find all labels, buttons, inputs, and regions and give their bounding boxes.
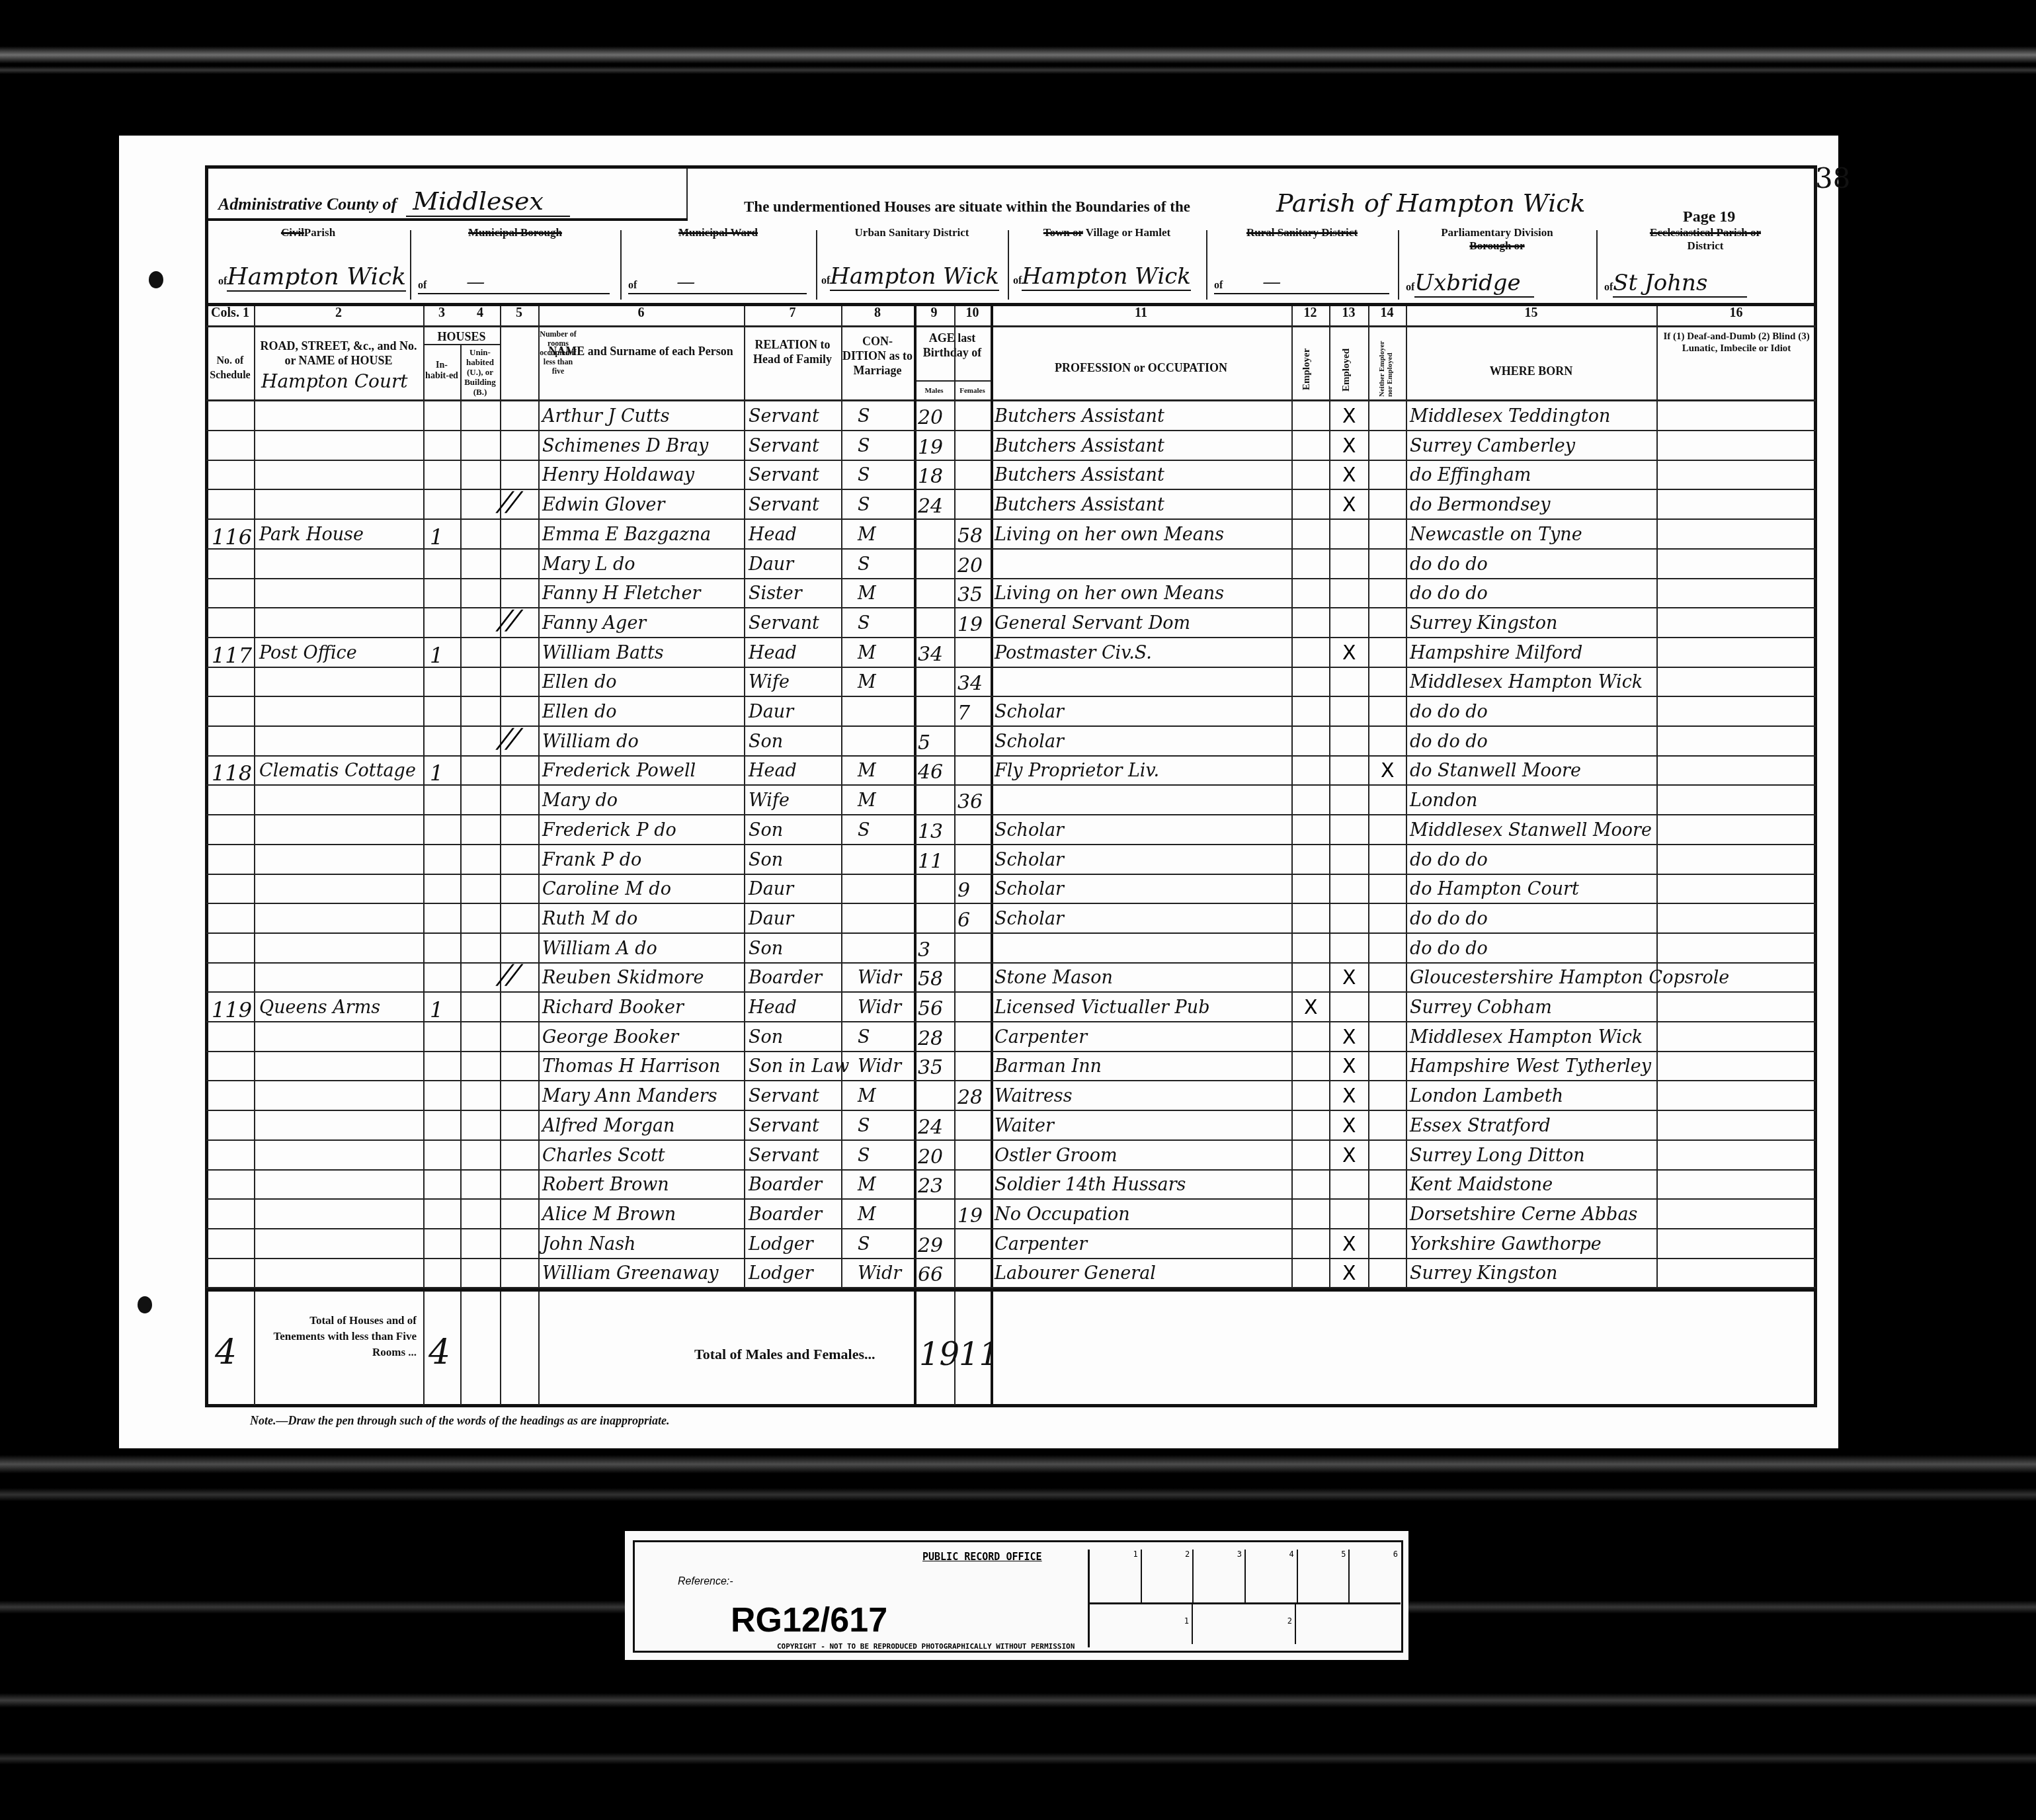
condition: M	[858, 1086, 876, 1106]
where-born: Surrey Cobham	[1410, 997, 1552, 1018]
district-row: CivilParish ofHampton Wick Municipal Bor…	[206, 224, 1816, 303]
age-male: 23	[918, 1175, 943, 1198]
of-label: of	[218, 276, 227, 287]
employer-mark: X	[1304, 996, 1318, 1019]
where-born: do do do	[1410, 909, 1488, 929]
person-name: Frederick Powell	[542, 761, 696, 781]
district-value: —	[1262, 271, 1281, 293]
employed-mark: X	[1342, 641, 1356, 665]
header-road: ROAD, STREET, &c., and No. or NAME of HO…	[259, 339, 418, 368]
person-name: John Nash	[542, 1234, 635, 1255]
occupation: No Occupation	[995, 1204, 1130, 1225]
table-row: // Reuben Skidmore Boarder Widr 58 Stone…	[206, 964, 1816, 993]
person-name: Fanny H Fletcher	[542, 583, 700, 604]
employed-mark: X	[1342, 1262, 1356, 1285]
house-name: Queens Arms	[259, 997, 380, 1018]
district-municipal-borough: Municipal Borough of—	[410, 224, 620, 303]
inhabited-count: 1	[430, 643, 443, 668]
row-rule	[206, 607, 1816, 608]
person-name: Ellen do	[542, 702, 616, 722]
scale-tick: 2	[1142, 1550, 1194, 1602]
condition: Widr	[858, 1263, 901, 1284]
row-rule	[206, 1080, 1816, 1081]
header-inhabited: In-habit-ed	[425, 360, 459, 382]
scale-tick: 1	[1090, 1604, 1193, 1644]
district-label: District	[1688, 239, 1724, 252]
relation: Son	[749, 820, 783, 841]
where-born: Hampshire West Tytherley	[1410, 1056, 1651, 1077]
person-name: Frederick P do	[542, 820, 676, 841]
age-female: 9	[957, 879, 970, 902]
rule	[914, 380, 991, 382]
table-row: Caroline M do Daur 9 Scholar do Hampton …	[206, 875, 1816, 904]
col-number: 4	[460, 306, 500, 321]
header-uninhabited: Unin-habited (U.), or Building (B.)	[462, 347, 499, 397]
person-name: Edwin Glover	[542, 495, 665, 515]
row-rule	[206, 784, 1816, 786]
condition: M	[858, 761, 876, 781]
condition: S	[858, 1234, 870, 1255]
row-rule	[206, 518, 1816, 520]
employed-mark: X	[1342, 434, 1356, 458]
where-born: Surrey Long Ditton	[1410, 1145, 1585, 1166]
divider	[686, 169, 688, 218]
relation: Daur	[749, 702, 794, 722]
total-females: 11	[959, 1336, 999, 1373]
age-male: 19	[918, 436, 943, 459]
schedule-number: 117	[212, 643, 252, 668]
header-employer: Employer	[1301, 349, 1313, 390]
admin-county-value: Middlesex	[406, 186, 570, 217]
total-persons-label: Total of Males and Females...	[694, 1346, 875, 1363]
occupation: Scholar	[995, 850, 1064, 870]
header-females: Females	[954, 384, 991, 398]
age-male: 5	[918, 731, 930, 755]
where-born: Surrey Kingston	[1410, 613, 1557, 634]
condition: M	[858, 790, 876, 811]
rule	[206, 218, 688, 221]
occupation: Scholar	[995, 820, 1064, 841]
employed-mark: X	[1342, 1233, 1356, 1256]
admin-county: Administrative County of Middlesex	[218, 186, 570, 216]
occupation: Scholar	[995, 702, 1064, 722]
age-female: 35	[957, 583, 983, 606]
col-number: 13	[1329, 306, 1368, 321]
person-name: Frank P do	[542, 850, 641, 870]
of-label: of	[628, 280, 637, 291]
occupation: Butchers Assistant	[995, 406, 1164, 427]
inhabited-count: 1	[430, 524, 443, 550]
header-where-born: WHERE BORN	[1407, 364, 1655, 378]
inhabited-count: 1	[430, 997, 443, 1022]
scan-stripe	[0, 46, 2036, 63]
where-born: Dorsetshire Cerne Abbas	[1410, 1204, 1637, 1225]
condition: S	[858, 613, 870, 634]
occupation: Ostler Groom	[995, 1145, 1118, 1166]
district-label-struck: Municipal Ward	[620, 226, 816, 239]
district-rural-sanitary: Rural Sanitary District of—	[1206, 224, 1398, 303]
occupation: Soldier 14th Hussars	[995, 1175, 1186, 1195]
district-value: —	[466, 271, 485, 293]
table-row: Arthur J Cutts Servant S 20 Butchers Ass…	[206, 402, 1816, 431]
where-born: Kent Maidstone	[1410, 1175, 1553, 1195]
house-name: Clematis Cottage	[259, 761, 416, 781]
card-copyright: COPYRIGHT - NOT TO BE REPRODUCED PHOTOGR…	[777, 1642, 1075, 1651]
district-label-struck: Civil	[281, 226, 304, 239]
col-number: 2	[254, 306, 423, 321]
where-born: Hampshire Milford	[1410, 643, 1582, 663]
condition: M	[858, 672, 876, 692]
neither-mark: X	[1381, 759, 1395, 782]
person-name: Schimenes D Bray	[542, 436, 708, 456]
person-name: Alfred Morgan	[542, 1116, 674, 1136]
of-label: of	[1214, 280, 1223, 291]
person-name: Caroline M do	[542, 879, 671, 899]
table-row: Henry Holdaway Servant S 18 Butchers Ass…	[206, 461, 1816, 490]
header-infirmity: If (1) Deaf-and-Dumb (2) Blind (3) Lunat…	[1660, 331, 1813, 354]
person-name: Arthur J Cutts	[542, 406, 670, 427]
occupation: Living on her own Means	[995, 524, 1224, 545]
district-value: St Johns	[1613, 270, 1747, 298]
condition: M	[858, 1204, 876, 1225]
age-female: 58	[957, 524, 983, 548]
employed-mark: X	[1342, 1085, 1356, 1108]
occupation: Labourer General	[995, 1263, 1156, 1284]
page-stamp-number: 38	[1815, 162, 1850, 194]
col-number: 6	[538, 306, 744, 321]
district-label: Parliamentary DivisionBorough or	[1398, 226, 1596, 253]
header-relation: RELATION to Head of Family	[745, 337, 840, 366]
relation: Daur	[749, 879, 794, 899]
card-reference-label: Reference:-	[678, 1576, 733, 1588]
person-name: Reuben Skidmore	[542, 968, 704, 988]
district-value: —	[676, 271, 695, 293]
age-male: 3	[918, 938, 930, 962]
household-end-mark: //	[493, 960, 525, 990]
table-row: Alfred Morgan Servant S 24 Waiter X Esse…	[206, 1112, 1816, 1141]
district-urban-sanitary: Urban Sanitary District ofHampton Wick	[816, 224, 1008, 303]
occupation: Carpenter	[995, 1234, 1087, 1255]
relation: Wife	[749, 672, 790, 692]
condition: S	[858, 1027, 870, 1048]
district-value: Hampton Wick	[227, 263, 406, 292]
age-male: 20	[918, 1145, 943, 1169]
of-label: of	[1013, 275, 1022, 286]
scale-tick: 1	[1090, 1550, 1142, 1602]
age-male: 66	[918, 1263, 943, 1286]
district-municipal-ward: Municipal Ward of—	[620, 224, 816, 303]
punch-hole	[149, 271, 163, 288]
total-schedules: 4	[215, 1333, 237, 1372]
col-number: 14	[1368, 306, 1406, 321]
age-male: 13	[918, 820, 943, 843]
table-row: Mary L do Daur S 20 do do do	[206, 550, 1816, 579]
header-condition: CON-DITION as to Marriage	[842, 334, 913, 378]
occupation: Scholar	[995, 879, 1064, 899]
relation: Servant	[749, 495, 819, 515]
age-male: 18	[918, 465, 943, 488]
age-female: 20	[957, 554, 983, 577]
row-rule	[206, 1110, 1816, 1111]
schedule-number: 116	[212, 524, 252, 550]
table-row: Frederick P do Son S 13 Scholar Middlese…	[206, 816, 1816, 845]
district-label-struck: Municipal Borough	[410, 226, 620, 239]
age-male: 11	[918, 850, 943, 873]
col-number: 5	[500, 306, 538, 321]
relation: Son	[749, 1027, 783, 1048]
schedule-number: 118	[212, 761, 252, 786]
scale-bottom: 1 2	[1090, 1604, 1401, 1644]
occupation: Butchers Assistant	[995, 495, 1164, 515]
scan-stripe	[0, 1488, 2036, 1501]
person-name: William Greenaway	[542, 1263, 718, 1284]
row-rule	[206, 844, 1816, 845]
relation: Son	[749, 850, 783, 870]
person-name: George Booker	[542, 1027, 678, 1048]
col-number: 3	[423, 306, 460, 321]
row-rule	[206, 667, 1816, 668]
table-row: Mary Ann Manders Servant M 28 Waitress X…	[206, 1082, 1816, 1111]
table-row: Thomas H Harrison Son in Law Widr 35 Bar…	[206, 1052, 1816, 1081]
scale-tick: 3	[1194, 1550, 1246, 1602]
relation: Son	[749, 938, 783, 959]
person-name: Mary do	[542, 790, 618, 811]
age-female: 6	[957, 909, 970, 932]
table-row: Ruth M do Daur 6 Scholar do do do	[206, 905, 1816, 934]
occupation: Postmaster Civ.S.	[995, 643, 1152, 663]
person-name: Alice M Brown	[542, 1204, 676, 1225]
table-row: Frank P do Son 11 Scholar do do do	[206, 846, 1816, 875]
house-name: Park House	[259, 524, 364, 545]
col-number: 10	[954, 306, 991, 321]
district-label-text: Parliamentary Division	[1441, 226, 1553, 239]
where-born: Essex Stratford	[1410, 1116, 1551, 1136]
district-civil-parish: CivilParish ofHampton Wick	[206, 224, 410, 303]
where-born: do Bermondsey	[1410, 495, 1550, 515]
condition: M	[858, 583, 876, 604]
row-rule	[206, 489, 1816, 490]
scan-stripe	[0, 1455, 2036, 1473]
occupation: Stone Mason	[995, 968, 1113, 988]
district-label: Parish	[304, 226, 335, 239]
employed-mark: X	[1342, 405, 1356, 428]
person-name: Mary Ann Manders	[542, 1086, 717, 1106]
age-male: 46	[918, 761, 943, 784]
employed-mark: X	[1342, 493, 1356, 517]
person-name: Thomas H Harrison	[542, 1056, 721, 1077]
where-born: do Hampton Court	[1410, 879, 1579, 899]
person-name: Charles Scott	[542, 1145, 665, 1166]
district-value: Hampton Wick	[830, 263, 999, 291]
where-born: Middlesex Stanwell Moore	[1410, 820, 1652, 841]
district-label-struck: Ecclesiastical Parish or	[1650, 226, 1761, 239]
note: Note.—Draw the pen through such of the w…	[250, 1414, 670, 1428]
age-female: 36	[957, 790, 983, 813]
age-male: 56	[918, 997, 943, 1020]
table-row: Fanny H Fletcher Sister M 35 Living on h…	[206, 579, 1816, 608]
relation: Boarder	[749, 1204, 822, 1225]
row-rule	[206, 962, 1816, 964]
household-end-mark: //	[493, 605, 525, 636]
header-schedule: No. of Schedule	[208, 354, 253, 383]
row-rule	[206, 460, 1816, 461]
table-row: Ellen do Daur 7 Scholar do do do	[206, 698, 1816, 727]
person-name: Ruth M do	[542, 909, 637, 929]
age-female: 19	[957, 1204, 983, 1227]
boundaries-text: The undermentioned Houses are situate wi…	[744, 198, 1190, 216]
where-born: Middlesex Teddington	[1410, 406, 1610, 427]
header-age: AGE last Birthday of	[915, 331, 989, 360]
occupation: General Servant Dom	[995, 613, 1190, 634]
row-rule	[206, 1228, 1816, 1229]
occupation: Scholar	[995, 909, 1064, 929]
relation: Wife	[749, 790, 790, 811]
table-row: Robert Brown Boarder M 23 Soldier 14th H…	[206, 1171, 1816, 1200]
header-neither: Neither Employer nor Employed	[1378, 337, 1394, 397]
card-reference: RG12/617	[731, 1600, 887, 1640]
condition: S	[858, 495, 870, 515]
person-name: Ellen do	[542, 672, 616, 692]
col-number: 16	[1656, 306, 1816, 321]
occupation: Butchers Assistant	[995, 436, 1164, 456]
row-rule	[206, 755, 1816, 757]
person-name: Mary L do	[542, 554, 635, 575]
occupation: Fly Proprietor Liv.	[995, 761, 1159, 781]
age-female: 34	[957, 672, 983, 695]
of-label: of	[1406, 282, 1414, 293]
table-row: Charles Scott Servant S 20 Ostler Groom …	[206, 1141, 1816, 1171]
where-born: do Stanwell Moore	[1410, 761, 1581, 781]
scale-tick: 4	[1246, 1550, 1298, 1602]
relation: Head	[749, 524, 797, 545]
table-row: Schimenes D Bray Servant S 19 Butchers A…	[206, 432, 1816, 461]
condition: S	[858, 436, 870, 456]
row-rule	[206, 1021, 1816, 1022]
where-born: Middlesex Hampton Wick	[1410, 1027, 1643, 1048]
relation: Servant	[749, 406, 819, 427]
condition: M	[858, 524, 876, 545]
occupation: Waiter	[995, 1116, 1054, 1136]
row-rule	[206, 578, 1816, 579]
age-male: 34	[918, 643, 943, 666]
where-born: Middlesex Hampton Wick	[1410, 672, 1643, 692]
col-number: 11	[991, 306, 1291, 321]
where-born: London Lambeth	[1410, 1086, 1563, 1106]
relation: Lodger	[749, 1263, 813, 1284]
row-rule	[206, 725, 1816, 727]
condition: M	[858, 643, 876, 663]
boundaries-value: Parish of Hampton Wick	[1276, 188, 1586, 218]
scan-stripe	[0, 1753, 2036, 1764]
age-male: 58	[918, 968, 943, 991]
occupation: Barman Inn	[995, 1056, 1102, 1077]
household-end-mark: //	[493, 487, 525, 517]
relation: Daur	[749, 554, 794, 575]
employed-mark: X	[1342, 1144, 1356, 1167]
condition: M	[858, 1175, 876, 1195]
age-female: 19	[957, 613, 983, 636]
row-rule	[206, 991, 1816, 993]
occupation: Carpenter	[995, 1027, 1087, 1048]
condition: Widr	[858, 968, 901, 988]
table-row: // William do Son 5 Scholar do do do	[206, 727, 1816, 757]
table-row: // Edwin Glover Servant S 24 Butchers As…	[206, 491, 1816, 520]
employed-mark: X	[1342, 966, 1356, 989]
person-name: Henry Holdaway	[542, 465, 694, 485]
of-label: of	[821, 275, 830, 286]
row-rule	[206, 696, 1816, 697]
relation: Boarder	[749, 1175, 822, 1195]
of-label: of	[1604, 282, 1613, 293]
condition: Widr	[858, 997, 901, 1018]
header-name: NAME and Surname of each Person	[545, 344, 737, 358]
row-rule	[206, 932, 1816, 934]
person-name: Emma E Bazgazna	[542, 524, 711, 545]
row-rule	[206, 1169, 1816, 1171]
admin-county-label: Administrative County of	[218, 194, 397, 214]
occupation: Scholar	[995, 731, 1064, 752]
table-row: 119 Queens Arms 1 Richard Booker Head Wi…	[206, 993, 1816, 1022]
punch-hole	[138, 1296, 152, 1313]
relation: Head	[749, 997, 797, 1018]
where-born: do do do	[1410, 583, 1488, 604]
condition: S	[858, 465, 870, 485]
occupation: Butchers Assistant	[995, 465, 1164, 485]
condition: S	[858, 406, 870, 427]
relation: Servant	[749, 613, 819, 634]
of-label: of	[418, 280, 427, 291]
col-number: 8	[841, 306, 914, 321]
where-born: Newcastle on Tyne	[1410, 524, 1582, 545]
age-female: 28	[957, 1086, 983, 1109]
employed-mark: X	[1342, 1055, 1356, 1078]
col-number: 7	[744, 306, 841, 321]
where-born: do do do	[1410, 731, 1488, 752]
relation: Daur	[749, 909, 794, 929]
age-male: 24	[918, 1116, 943, 1139]
scale-tick: 2	[1193, 1604, 1296, 1644]
table-row: George Booker Son S 28 Carpenter X Middl…	[206, 1023, 1816, 1052]
where-born: do do do	[1410, 938, 1488, 959]
age-male: 28	[918, 1027, 943, 1050]
inhabited-count: 1	[430, 761, 443, 786]
table-row: William A do Son 3 do do do	[206, 934, 1816, 964]
employed-mark: X	[1342, 1114, 1356, 1137]
rule	[206, 1288, 1816, 1292]
condition: S	[858, 554, 870, 575]
row-rule	[206, 874, 1816, 875]
condition: S	[858, 1116, 870, 1136]
house-name: Post Office	[259, 643, 357, 663]
district-label-struck: Town or	[1043, 226, 1083, 239]
district-village: Town or Village or Hamlet ofHampton Wick	[1008, 224, 1206, 303]
relation: Servant	[749, 1116, 819, 1136]
total-houses-label: Total of Houses and of Tenements with le…	[261, 1313, 417, 1360]
table-row: 116 Park House 1 Emma E Bazgazna Head M …	[206, 520, 1816, 550]
condition: S	[858, 820, 870, 841]
age-female: 7	[957, 702, 970, 725]
card-office: PUBLIC RECORD OFFICE	[922, 1551, 1042, 1563]
where-born: do do do	[1410, 702, 1488, 722]
person-name: William do	[542, 731, 639, 752]
rule	[423, 344, 500, 345]
header-road-annotation: Hampton Court	[261, 370, 408, 392]
age-male: 29	[918, 1234, 943, 1257]
row-rule	[206, 430, 1816, 431]
relation: Lodger	[749, 1234, 813, 1255]
relation: Boarder	[749, 968, 822, 988]
household-end-mark: //	[493, 724, 525, 754]
